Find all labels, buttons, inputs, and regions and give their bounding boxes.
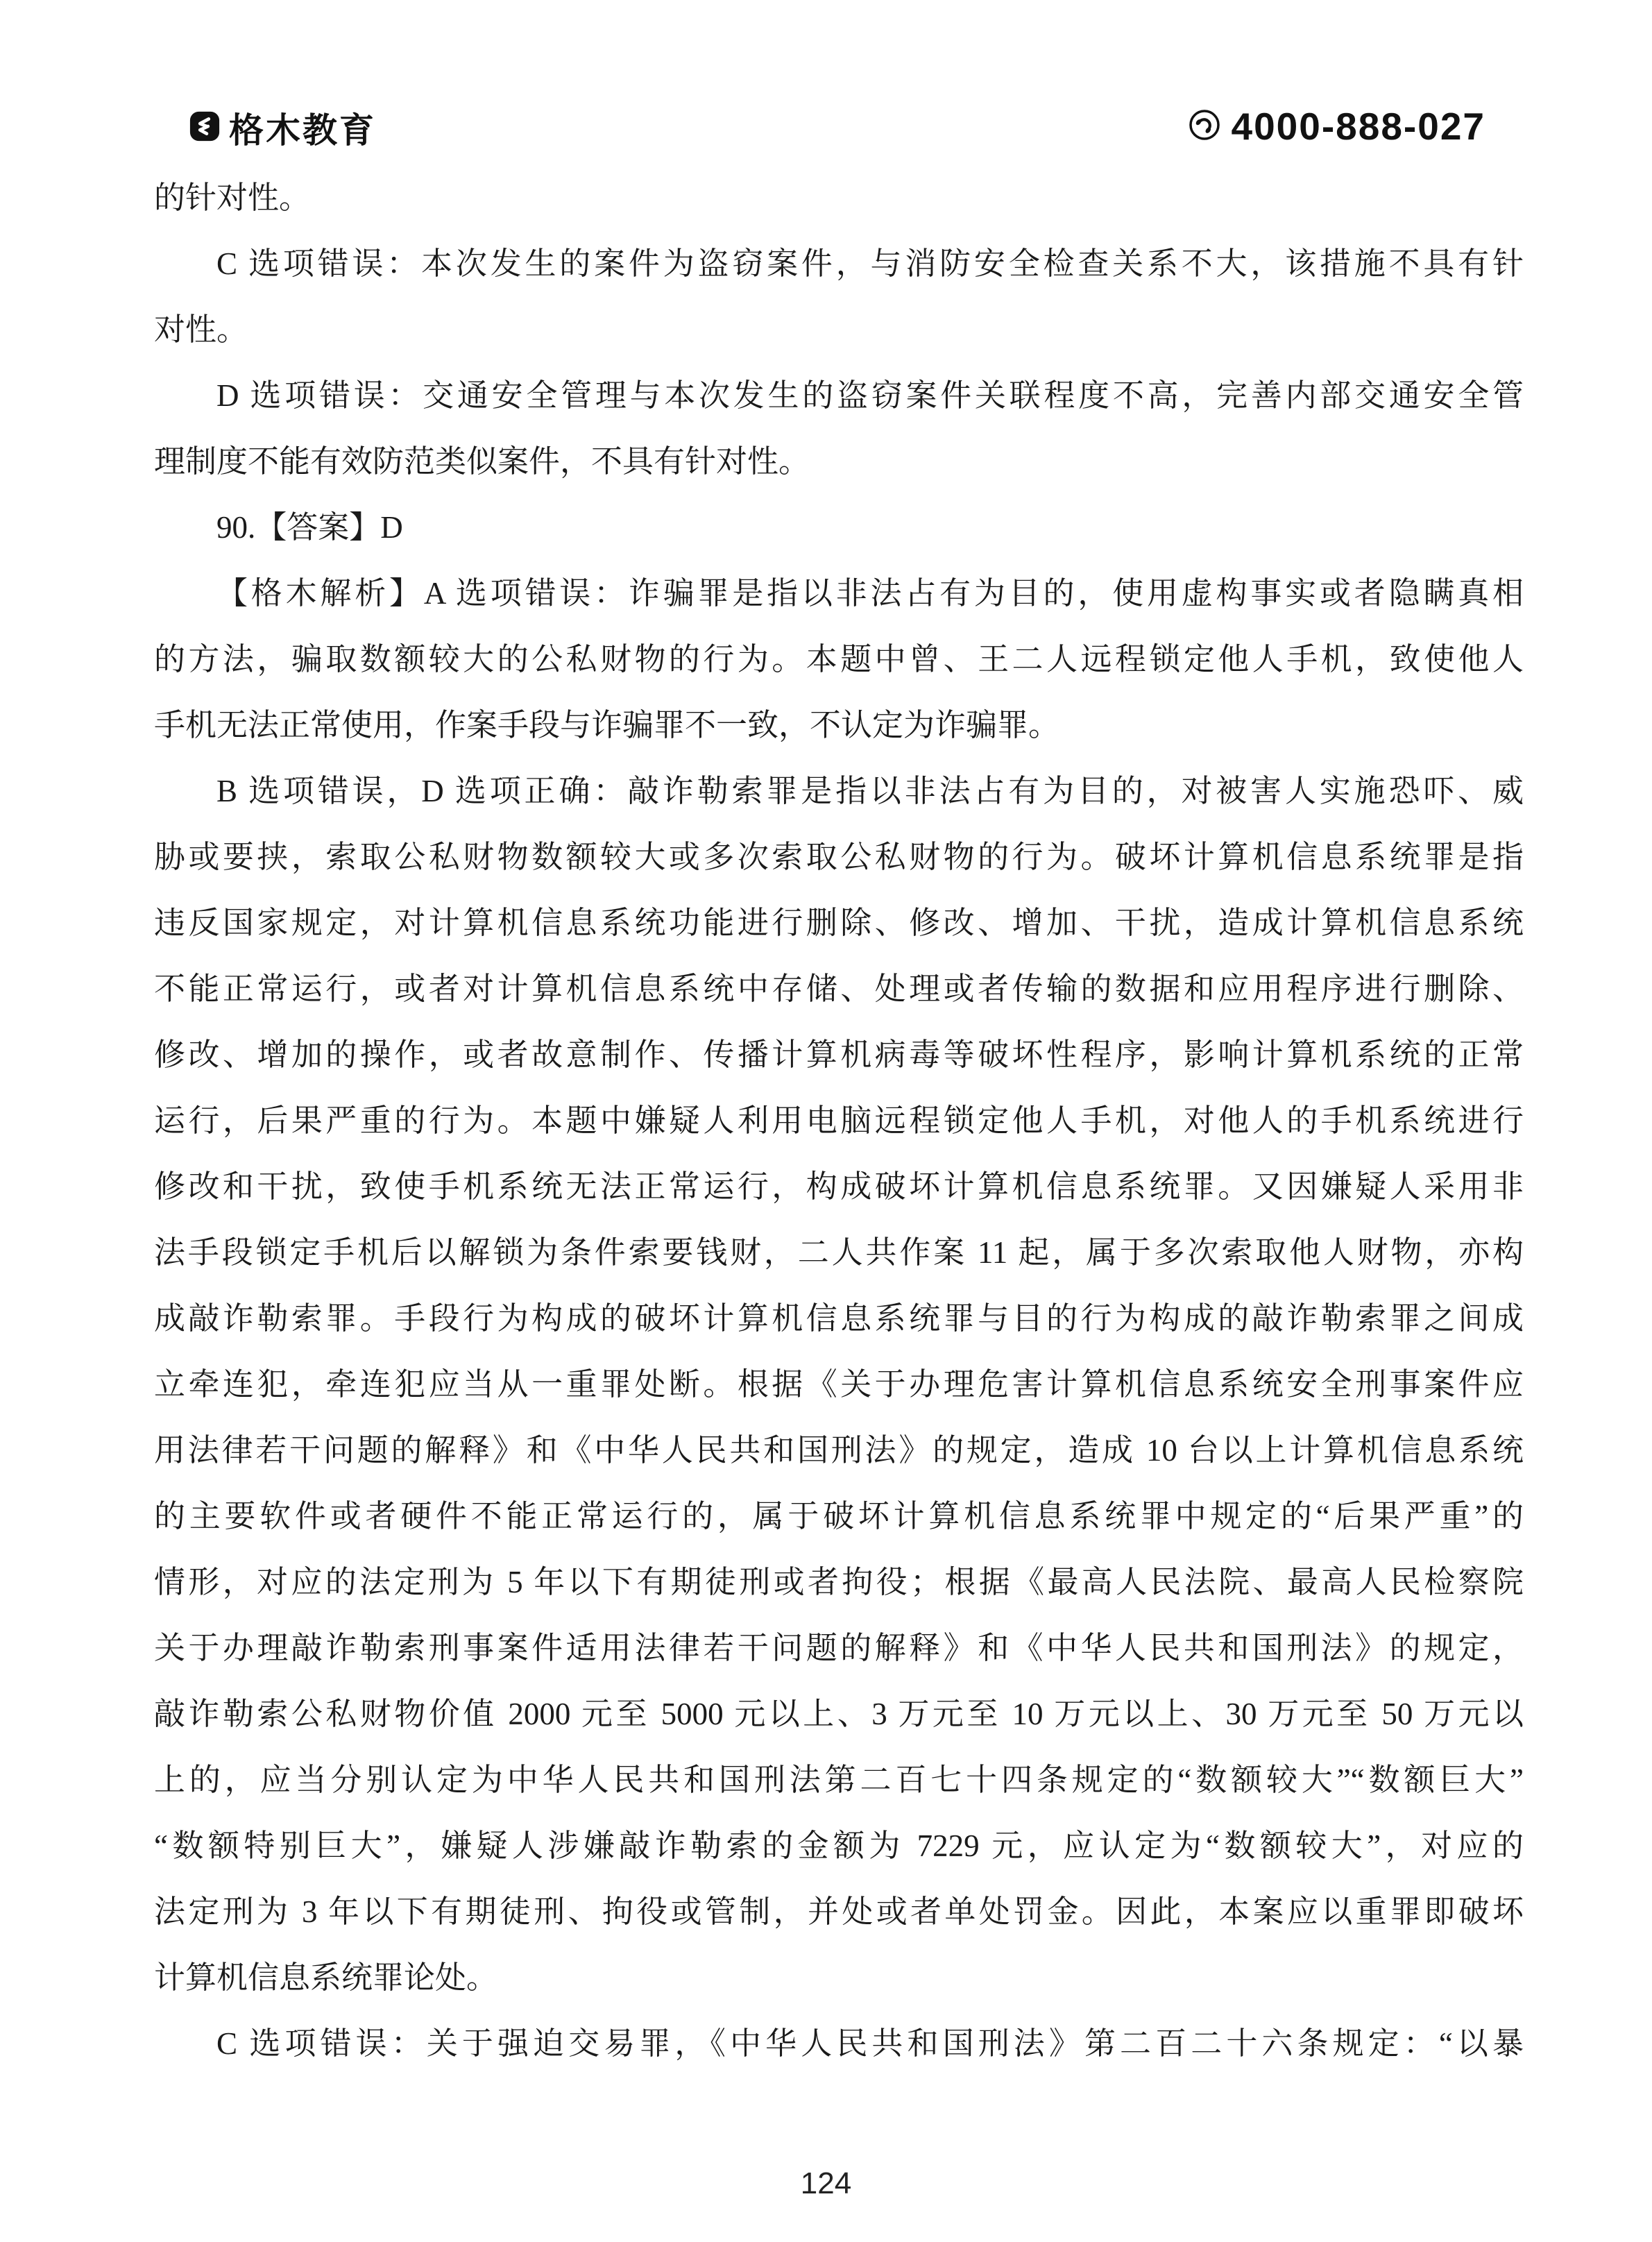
body-text-line: 修改和干扰，致使手机系统无法正常运行，构成破坏计算机信息系统罪。又因嫌疑人采用非 [154,1154,1524,1220]
document-page: 格木教育 4000-888-027 的针对性。C 选项错误：本次发生的案件为盗窃… [0,0,1652,2242]
header-brand: 格木教育 [189,103,376,153]
body-text-line: 【格木解析】A 选项错误：诈骗罪是指以非法占有为目的，使用虚构事实或者隐瞒真相 [154,561,1524,627]
body-text-line: C 选项错误：本次发生的案件为盗窃案件，与消防安全检查关系不大，该措施不具有针 [154,231,1524,297]
body-text-line: 敲诈勒索公私财物价值 2000 元至 5000 元以上、3 万元至 10 万元以… [154,1681,1524,1747]
body-text-line: 计算机信息系统罪论处。 [154,1945,1524,2011]
body-text-line: 的主要软件或者硬件不能正常运行的，属于破坏计算机信息系统罪中规定的“后果严重”的 [154,1484,1524,1549]
body-text-line: B 选项错误，D 选项正确：敲诈勒索罪是指以非法占有为目的，对被害人实施恐吓、威 [154,758,1524,824]
body-text-line: 90.【答案】D [154,495,1524,561]
body-text-line: 运行，后果严重的行为。本题中嫌疑人利用电脑远程锁定他人手机，对他人的手机系统进行 [154,1088,1524,1154]
body-text-line: 情形，对应的法定刑为 5 年以下有期徒刑或者拘役；根据《最高人民法院、最高人民检… [154,1549,1524,1615]
body-text-line: 关于办理敲诈勒索刑事案件适用法律若干问题的解释》和《中华人民共和国刑法》的规定， [154,1615,1524,1681]
body-text-line: 法定刑为 3 年以下有期徒刑、拘役或管制，并处或者单处罚金。因此，本案应以重罪即… [154,1879,1524,1945]
header-phone: 4000-888-027 [1188,104,1485,148]
phone-number: 4000-888-027 [1231,104,1485,148]
body-text-line: 上的，应当分别认定为中华人民共和国刑法第二百七十四条规定的“数额较大”“数额巨大… [154,1747,1524,1813]
body-text-line: 手机无法正常使用，作案手段与诈骗罪不一致，不认定为诈骗罪。 [154,693,1524,758]
body-text-line: D 选项错误：交通安全管理与本次发生的盗窃案件关联程度不高，完善内部交通安全管 [154,363,1524,429]
body-text-line: 的针对性。 [154,165,1524,231]
body-text-line: 成敲诈勒索罪。手段行为构成的破坏计算机信息系统罪与目的行为构成的敲诈勒索罪之间成 [154,1286,1524,1352]
body-text-line: 违反国家规定，对计算机信息系统功能进行删除、修改、增加、干扰，造成计算机信息系统 [154,890,1524,956]
body-text-line: 法手段锁定手机后以解锁为条件索要钱财，二人共作案 11 起，属于多次索取他人财物… [154,1220,1524,1286]
body-text-line: 对性。 [154,297,1524,363]
body-text-line: 立牵连犯，牵连犯应当从一重罪处断。根据《关于办理危害计算机信息系统安全刑事案件应 [154,1352,1524,1418]
body-text-line: 理制度不能有效防范类似案件，不具有针对性。 [154,429,1524,495]
document-body: 的针对性。C 选项错误：本次发生的案件为盗窃案件，与消防安全检查关系不大，该措施… [154,165,1524,2077]
body-text-line: C 选项错误：关于强迫交易罪，《中华人民共和国刑法》第二百二十六条规定：“以暴 [154,2011,1524,2077]
body-text-line: 的方法，骗取数额较大的公私财物的行为。本题中曾、王二人远程锁定他人手机，致使他人 [154,627,1524,693]
brand-name: 格木教育 [229,103,376,153]
phone-icon [1188,108,1221,145]
body-text-line: 修改、增加的操作，或者故意制作、传播计算机病毒等破坏性程序，影响计算机系统的正常 [154,1022,1524,1088]
gemu-logo-icon [189,110,221,146]
body-text-line: 用法律若干问题的解释》和《中华人民共和国刑法》的规定，造成 10 台以上计算机信… [154,1418,1524,1484]
body-text-line: 胁或要挟，索取公私财物数额较大或多次索取公私财物的行为。破坏计算机信息系统罪是指 [154,824,1524,890]
body-text-line: “数额特别巨大”，嫌疑人涉嫌敲诈勒索的金额为 7229 元，应认定为“数额较大”… [154,1813,1524,1879]
page-number: 124 [0,2166,1652,2201]
body-text-line: 不能正常运行，或者对计算机信息系统中存储、处理或者传输的数据和应用程序进行删除、 [154,956,1524,1022]
